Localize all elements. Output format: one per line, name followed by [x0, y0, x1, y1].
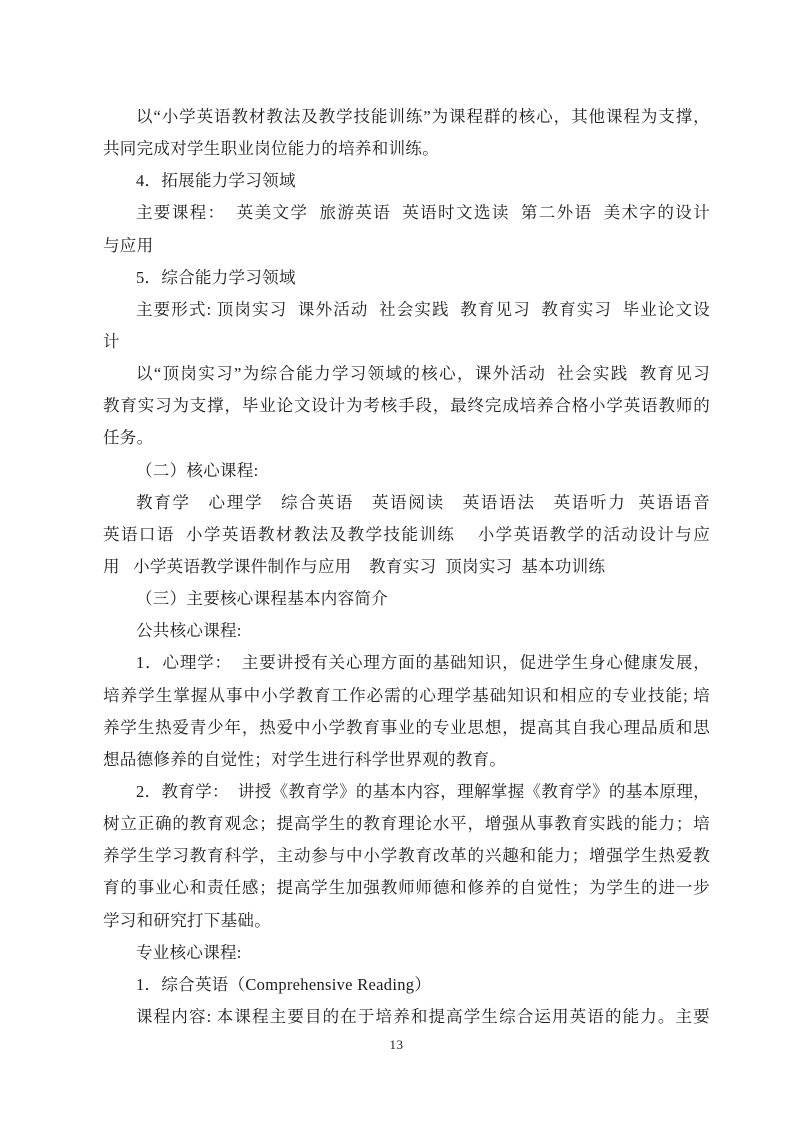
text-line: 英语口语 小学英语教材教法及教学技能训练 小学英语教学的活动设计与应 — [103, 519, 710, 551]
text-line: 以“顶岗实习”为综合能力学习领域的核心，课外活动 社会实践 教育见习 — [103, 358, 710, 390]
text-line: 任务。 — [103, 422, 710, 454]
text-line: 育的事业心和责任感；提高学生加强教师师德和修养的自觉性；为学生的进一步 — [103, 872, 710, 904]
text-line: 教育实习为支撑，毕业论文设计为考核手段，最终完成培养合格小学英语教师的 — [103, 390, 710, 422]
text-line: 主要形式: 顶岗实习 课外活动 社会实践 教育见习 教育实习 毕业论文设 — [103, 294, 710, 326]
text-line: 树立正确的教育观念；提高学生的教育理论水平，增强从事教育实践的能力；培 — [103, 808, 710, 840]
document-body: 以“小学英语教材教法及教学技能训练”为课程群的核心，其他课程为支撑，共同完成对学… — [103, 101, 710, 1033]
text-line: 与应用 — [103, 230, 710, 262]
text-line: 共同完成对学生职业岗位能力的培养和训练。 — [103, 133, 710, 165]
text-line: 2．教育学： 讲授《教育学》的基本内容，理解掌握《教育学》的基本原理， — [103, 776, 710, 808]
text-line: 用 小学英语教学课件制作与应用 教育实习 顶岗实习 基本功训练 — [103, 551, 710, 583]
document-page: 以“小学英语教材教法及教学技能训练”为课程群的核心，其他课程为支撑，共同完成对学… — [0, 0, 793, 1122]
text-line: 养学生学习教育科学，主动参与中小学教育改革的兴趣和能力；增强学生热爱教 — [103, 840, 710, 872]
text-line: 1．心理学： 主要讲授有关心理方面的基础知识，促进学生身心健康发展， — [103, 647, 710, 679]
text-line: 培养学生掌握从事中小学教育工作必需的心理学基础知识和相应的专业技能; 培 — [103, 680, 710, 712]
text-line: 公共核心课程: — [103, 615, 710, 647]
text-line: （三）主要核心课程基本内容简介 — [103, 583, 710, 615]
text-line: 课程内容: 本课程主要目的在于培养和提高学生综合运用英语的能力。主要 — [103, 1001, 710, 1033]
text-line: 主要课程： 英美文学 旅游英语 英语时文选读 第二外语 美术字的设计 — [103, 197, 710, 229]
text-line: 专业核心课程: — [103, 937, 710, 969]
text-line: 养学生热爱青少年，热爱中小学教育事业的专业思想，提高其自我心理品质和思 — [103, 712, 710, 744]
text-line: 想品德修养的自觉性；对学生进行科学世界观的教育。 — [103, 744, 710, 776]
text-line: 4．拓展能力学习领域 — [103, 165, 710, 197]
text-line: 教育学 心理学 综合英语 英语阅读 英语语法 英语听力 英语语音 — [103, 487, 710, 519]
text-line: （二）核心课程: — [103, 455, 710, 487]
page-number: 13 — [0, 1037, 793, 1053]
text-line: 以“小学英语教材教法及教学技能训练”为课程群的核心，其他课程为支撑， — [103, 101, 710, 133]
text-line: 1．综合英语（Comprehensive Reading） — [103, 969, 710, 1001]
text-line: 计 — [103, 326, 710, 358]
text-line: 5．综合能力学习领域 — [103, 262, 710, 294]
text-line: 学习和研究打下基础。 — [103, 905, 710, 937]
